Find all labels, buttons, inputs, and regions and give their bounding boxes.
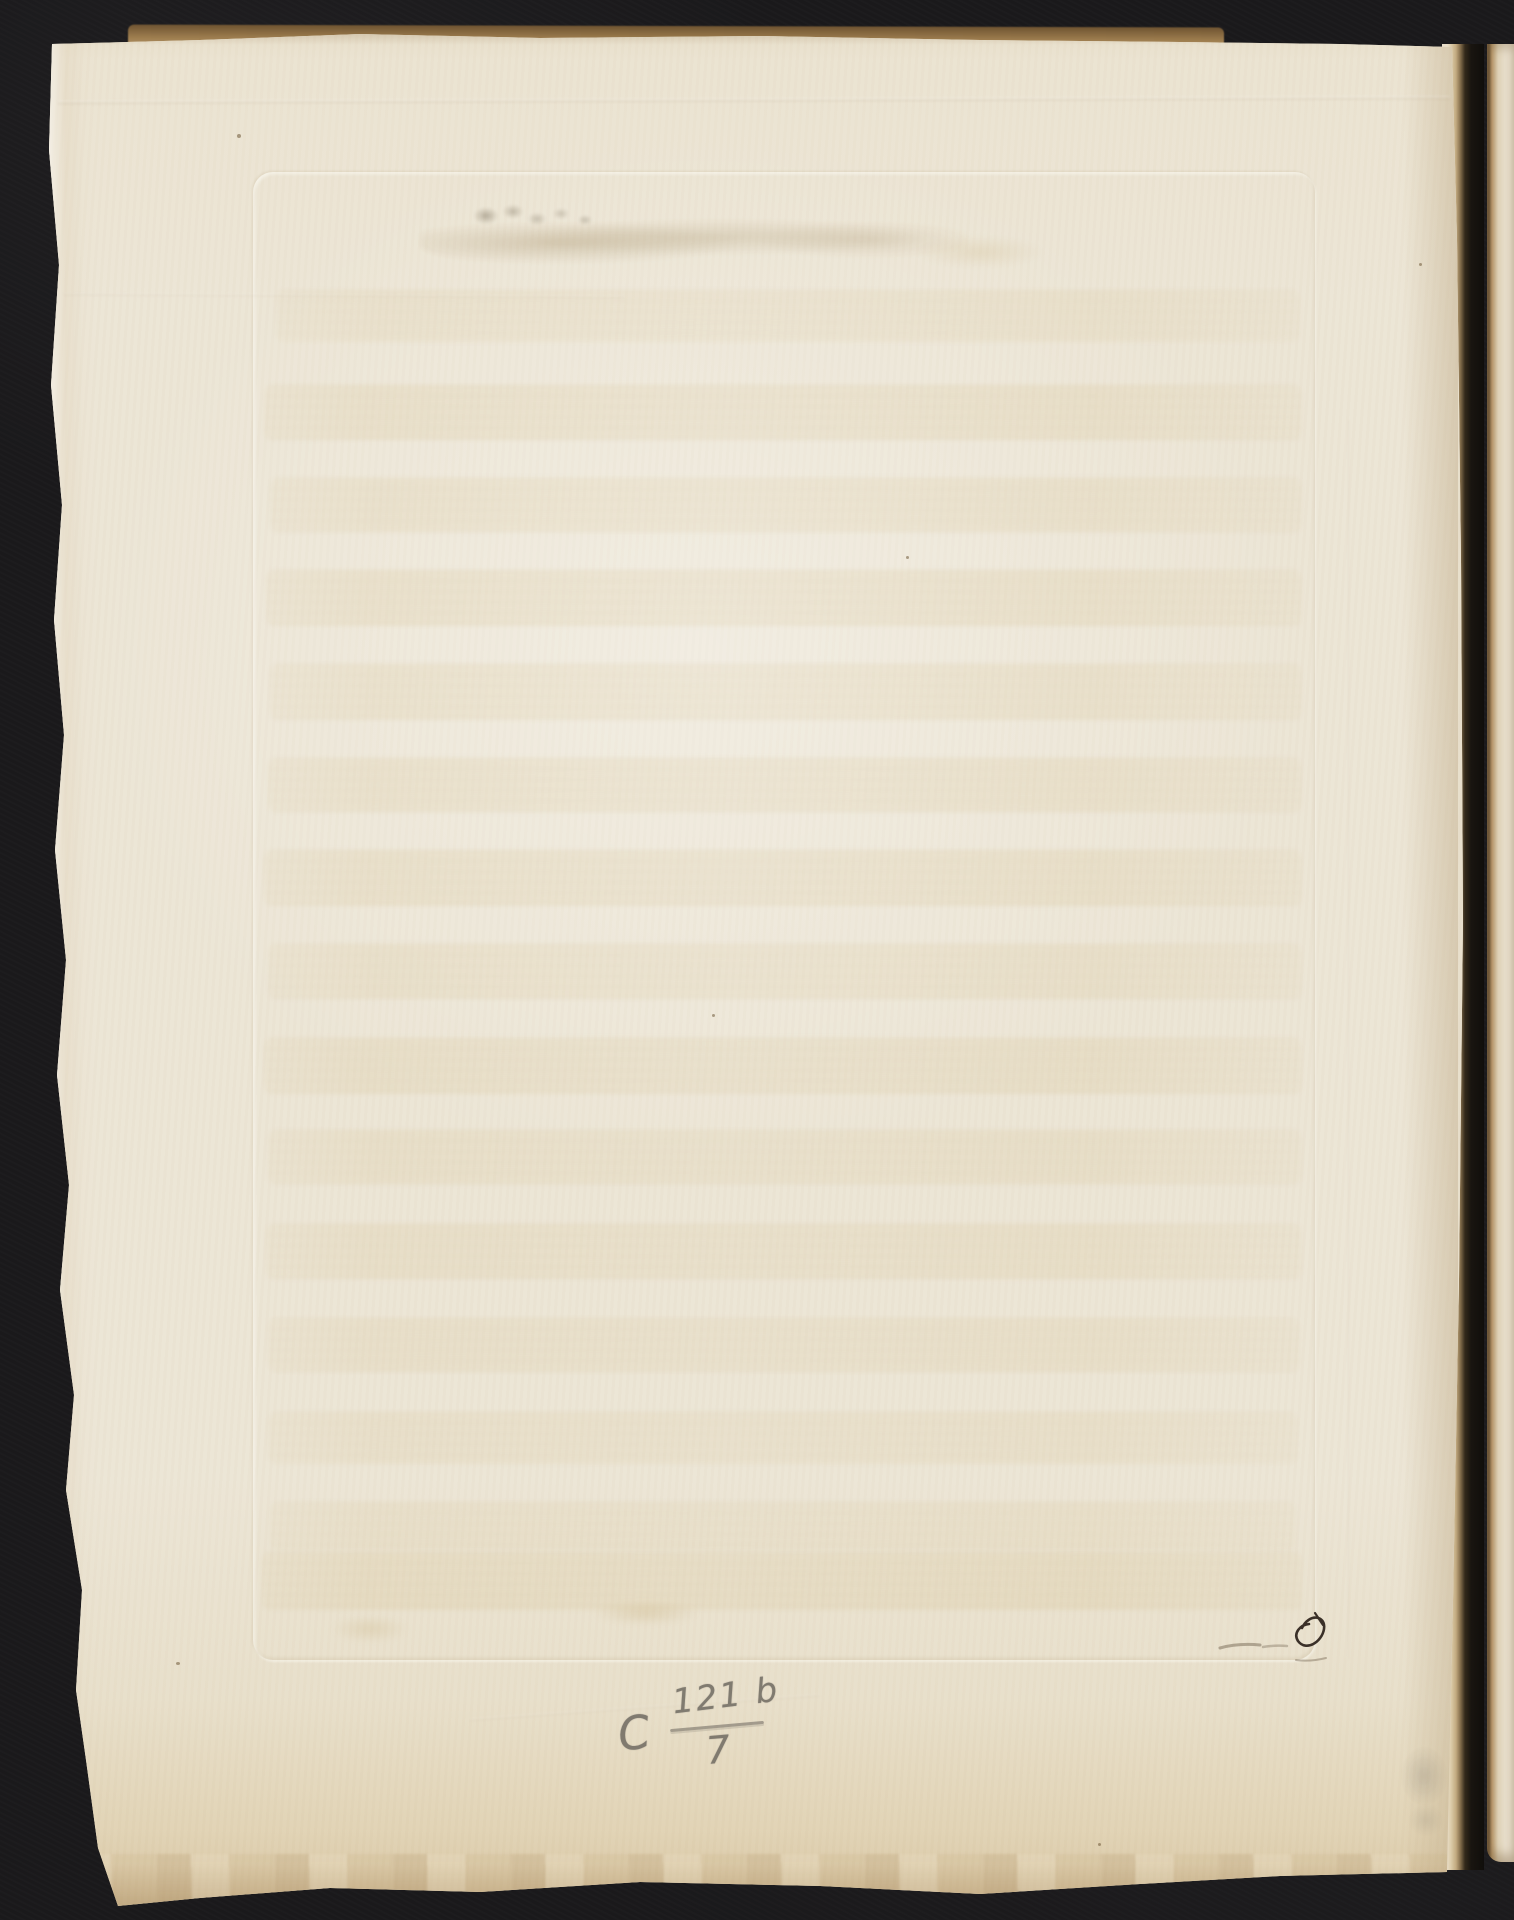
stave-bleed-band: [268, 1412, 1298, 1464]
pencil-smudge: [1404, 1800, 1448, 1840]
stain-blotch: [580, 1598, 712, 1628]
deckled-left-edge: [46, 36, 82, 1904]
stave-bleed-band: [266, 570, 1302, 626]
stave-bleed-band: [268, 758, 1302, 812]
stave-bleed-band: [268, 1318, 1300, 1372]
stave-bleed-band: [270, 1502, 1296, 1550]
paper-crease: [58, 96, 1450, 105]
stave-bleed-band: [270, 478, 1302, 532]
pencil-scribble-bleed: [468, 196, 618, 248]
stave-bleed-band: [270, 664, 1302, 720]
paper-speck: [1419, 263, 1422, 266]
scan-backdrop: C 121 b 7: [0, 0, 1514, 1920]
paper-speck: [176, 1662, 180, 1665]
right-edge-shade: [1404, 40, 1458, 1874]
next-leaf-page: [1487, 44, 1514, 1862]
stave-bleed-band: [264, 850, 1302, 906]
shelfmark-numerator: 121 b: [670, 1670, 781, 1723]
manuscript-page: C 121 b 7: [0, 0, 1514, 1920]
stave-bleed-band: [268, 1130, 1302, 1184]
shelfmark-prefix: C: [614, 1704, 653, 1762]
shelfmark-denominator: 7: [704, 1727, 732, 1773]
stave-bleed-band: [264, 1038, 1302, 1094]
stave-bleed-band: [268, 944, 1302, 999]
paper-speck: [712, 1014, 715, 1017]
ink-flourish: [1216, 1608, 1336, 1666]
stain-blotch: [900, 232, 1060, 272]
stave-bleed-band: [264, 385, 1302, 440]
stave-bleed-band: [266, 1224, 1302, 1279]
shelfmark: C 121 b 7: [608, 1676, 798, 1780]
paper-speck: [906, 556, 909, 559]
stain-blotch: [322, 1612, 418, 1646]
stave-bleed-band: [262, 1552, 1302, 1610]
stave-bleed-band: [276, 290, 1300, 342]
paper-speck: [237, 134, 241, 138]
paper-crease: [1346, 420, 1349, 1660]
paper-speck: [1098, 1843, 1101, 1846]
